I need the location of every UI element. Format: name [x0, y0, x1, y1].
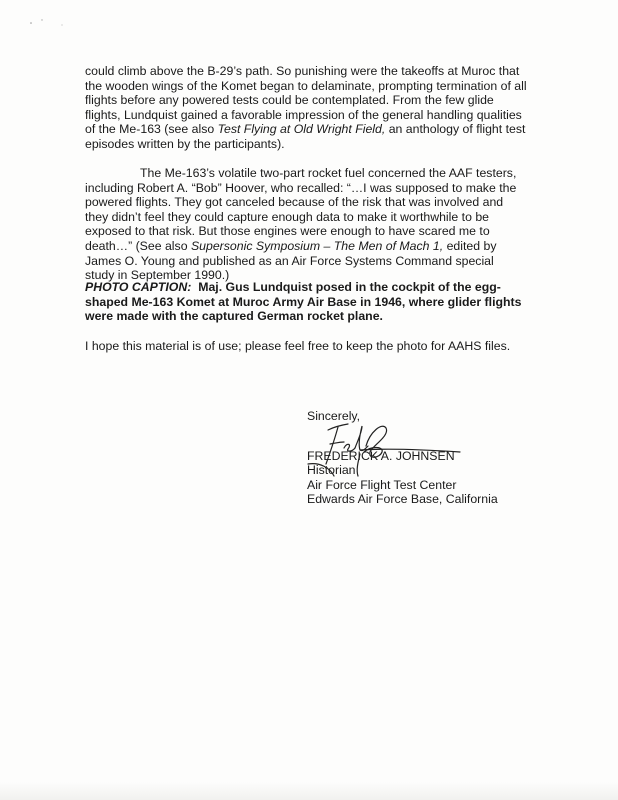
paragraph-1: could climb above the B-29’s path. So pu…: [85, 64, 527, 152]
text-line: flights, Lundquist gained a favorable im…: [85, 108, 527, 123]
text-line: the wooden wings of the Komet began to d…: [85, 79, 527, 94]
scan-specks: [28, 14, 68, 24]
text-line: episodes written by the participants).: [85, 137, 527, 152]
signer-location: Edwards Air Force Base, California: [307, 492, 498, 507]
text-line: they didn’t feel they could capture enou…: [85, 210, 516, 225]
book-title: Supersonic Symposium – The Men of Mach 1…: [191, 239, 443, 253]
text-line: powered flights. They got canceled becau…: [85, 195, 516, 210]
signer-organization: Air Force Flight Test Center: [307, 478, 498, 493]
text-line: could climb above the B-29’s path. So pu…: [85, 64, 527, 79]
text-line: death…” (See also Supersonic Symposium –…: [85, 239, 516, 254]
closing-note: I hope this material is of use; please f…: [85, 339, 510, 354]
text-line: exposed to that risk. But those engines …: [85, 224, 516, 239]
text-line: The Me-163’s volatile two-part rocket fu…: [85, 166, 516, 181]
scan-edge: [0, 782, 618, 800]
caption-label: PHOTO CAPTION:: [85, 280, 191, 294]
text-line: shaped Me-163 Komet at Muroc Army Air Ba…: [85, 295, 521, 310]
book-title: Test Flying at Old Wright Field,: [218, 122, 386, 136]
text-line: James O. Young and published as an Air F…: [85, 254, 516, 269]
handwritten-signature: [300, 418, 470, 478]
text-line: flights before any powered tests could b…: [85, 93, 527, 108]
text-line: were made with the captured German rocke…: [85, 309, 521, 324]
paragraph-2: The Me-163’s volatile two-part rocket fu…: [85, 166, 516, 283]
text-line: including Robert A. “Bob” Hoover, who re…: [85, 181, 516, 196]
photo-caption: PHOTO CAPTION: Maj. Gus Lundquist posed …: [85, 280, 521, 324]
text-line: of the Me-163 (see also Test Flying at O…: [85, 122, 527, 137]
